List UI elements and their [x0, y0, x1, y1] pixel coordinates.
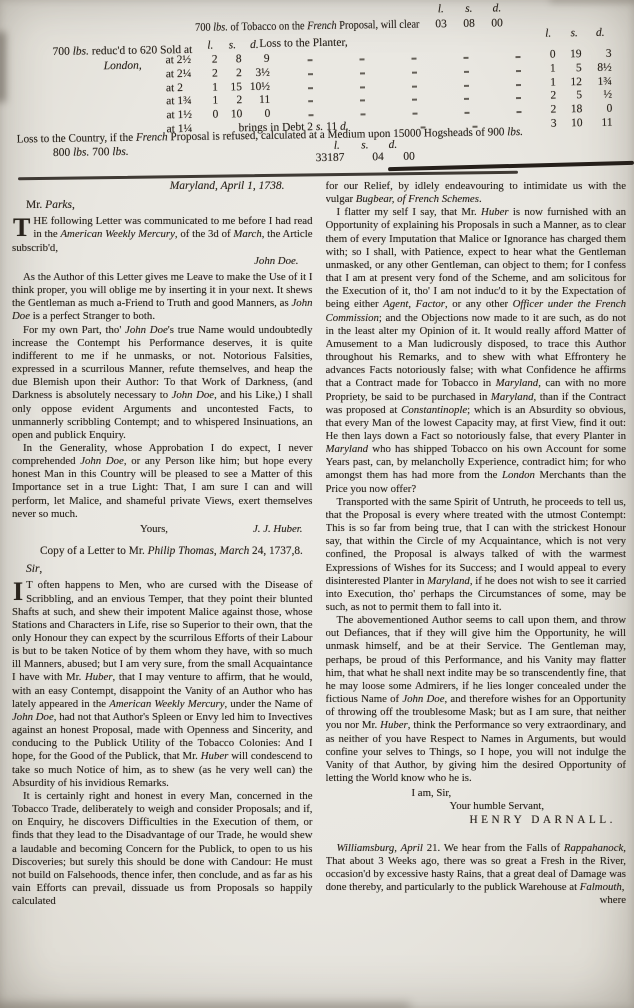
heading-line: Copy of a Letter to Mr. Philip Thomas, M… — [12, 545, 313, 558]
right-column: for our Relief, by idlely endeavouring t… — [326, 180, 627, 1004]
pounds-shillings-pence-header-mid: l. s. d. — [199, 39, 265, 52]
signoff-line: Yours, J. J. Huber. — [12, 521, 313, 538]
hogshead-weights: 800 lbs. 700 lbs. — [53, 146, 129, 159]
dotted-leader — [308, 84, 522, 89]
dotted-leader — [308, 56, 522, 61]
drop-cap: T — [12, 215, 33, 240]
paragraph: In the Generality, whose Approbation I d… — [12, 442, 313, 521]
tobacco-account-table: l. s. d. 700 lbs. of Tobacco on the Fren… — [0, 0, 634, 180]
paragraph: for our Relief, by idlely endeavouring t… — [326, 180, 627, 206]
clear-pounds: 03 — [427, 18, 455, 30]
dotted-leader — [308, 97, 522, 102]
total-shillings: 04 — [363, 151, 393, 163]
salute-line: Mr. Parks, — [12, 199, 313, 212]
total-pounds: 33187 — [297, 151, 363, 164]
clear-shillings: 08 — [455, 18, 483, 30]
tobacco-clear-line: 700 lbs. of Tobacco on the French Propos… — [195, 19, 420, 34]
rightline-line: where — [326, 894, 627, 907]
paragraph: I flatter my self I say, that Mr. Huber … — [326, 206, 627, 495]
news-line: Williamsburg, April 21. We hear from the… — [326, 842, 627, 895]
pounds-header: l. — [427, 3, 455, 15]
paragraph: It is certainly right and honest in ever… — [12, 790, 313, 908]
salute-line: Sir, — [12, 563, 313, 576]
signoff-yours: Yours, — [140, 523, 168, 536]
dateline-line: Maryland, April 1, 1738. — [12, 180, 313, 193]
iam-line: I am, Sir, — [326, 787, 627, 800]
drop-cap: I — [12, 579, 26, 604]
body-columns: Maryland, April 1, 1738.Mr. Parks,THE fo… — [12, 180, 626, 1004]
paragraph: IT often happens to Men, who are cursed … — [12, 579, 313, 790]
newspaper-page: l. s. d. 700 lbs. of Tobacco on the Fren… — [0, 0, 634, 1008]
sigline-line: John Doe. — [12, 255, 313, 268]
signoff-name: J. J. Huber. — [253, 523, 302, 536]
dotted-leader — [308, 111, 522, 116]
total-pence: 00 — [393, 150, 425, 162]
dotted-leader — [308, 70, 522, 75]
pounds-shillings-pence-header-top: l. s. d. — [427, 2, 511, 15]
clear-pence: 00 — [483, 17, 511, 29]
ledger-rows: at 2½2 8 9 0 19 3at 2¼2 2 3½ 1 5 8½at 21… — [0, 0, 633, 4]
tobacco-clear-values: 03 08 00 — [427, 17, 511, 30]
signature-line: HENRY DARNALL. — [326, 814, 627, 827]
loss-to-planter-label: Loss to the Planter, — [259, 36, 315, 52]
paragraph: THE following Letter was communicated to… — [12, 215, 313, 254]
shillings-header: s. — [455, 3, 483, 15]
paragraph: For my own Part, tho' John Doe's true Na… — [12, 324, 313, 442]
paragraph: As the Author of this Letter gives me Le… — [12, 271, 313, 324]
pence-header: d. — [483, 2, 511, 14]
servant-line: Your humble Servant, — [326, 800, 627, 813]
left-column: Maryland, April 1, 1738.Mr. Parks,THE fo… — [12, 180, 313, 1004]
pounds-shillings-pence-header-right: l. s. d. — [535, 27, 613, 40]
paragraph: The abovementioned Author seems to call … — [326, 614, 627, 785]
paragraph: Transported with the same Spirit of Untr… — [326, 496, 627, 614]
total-loss-values: 33187 04 00 — [297, 150, 425, 164]
